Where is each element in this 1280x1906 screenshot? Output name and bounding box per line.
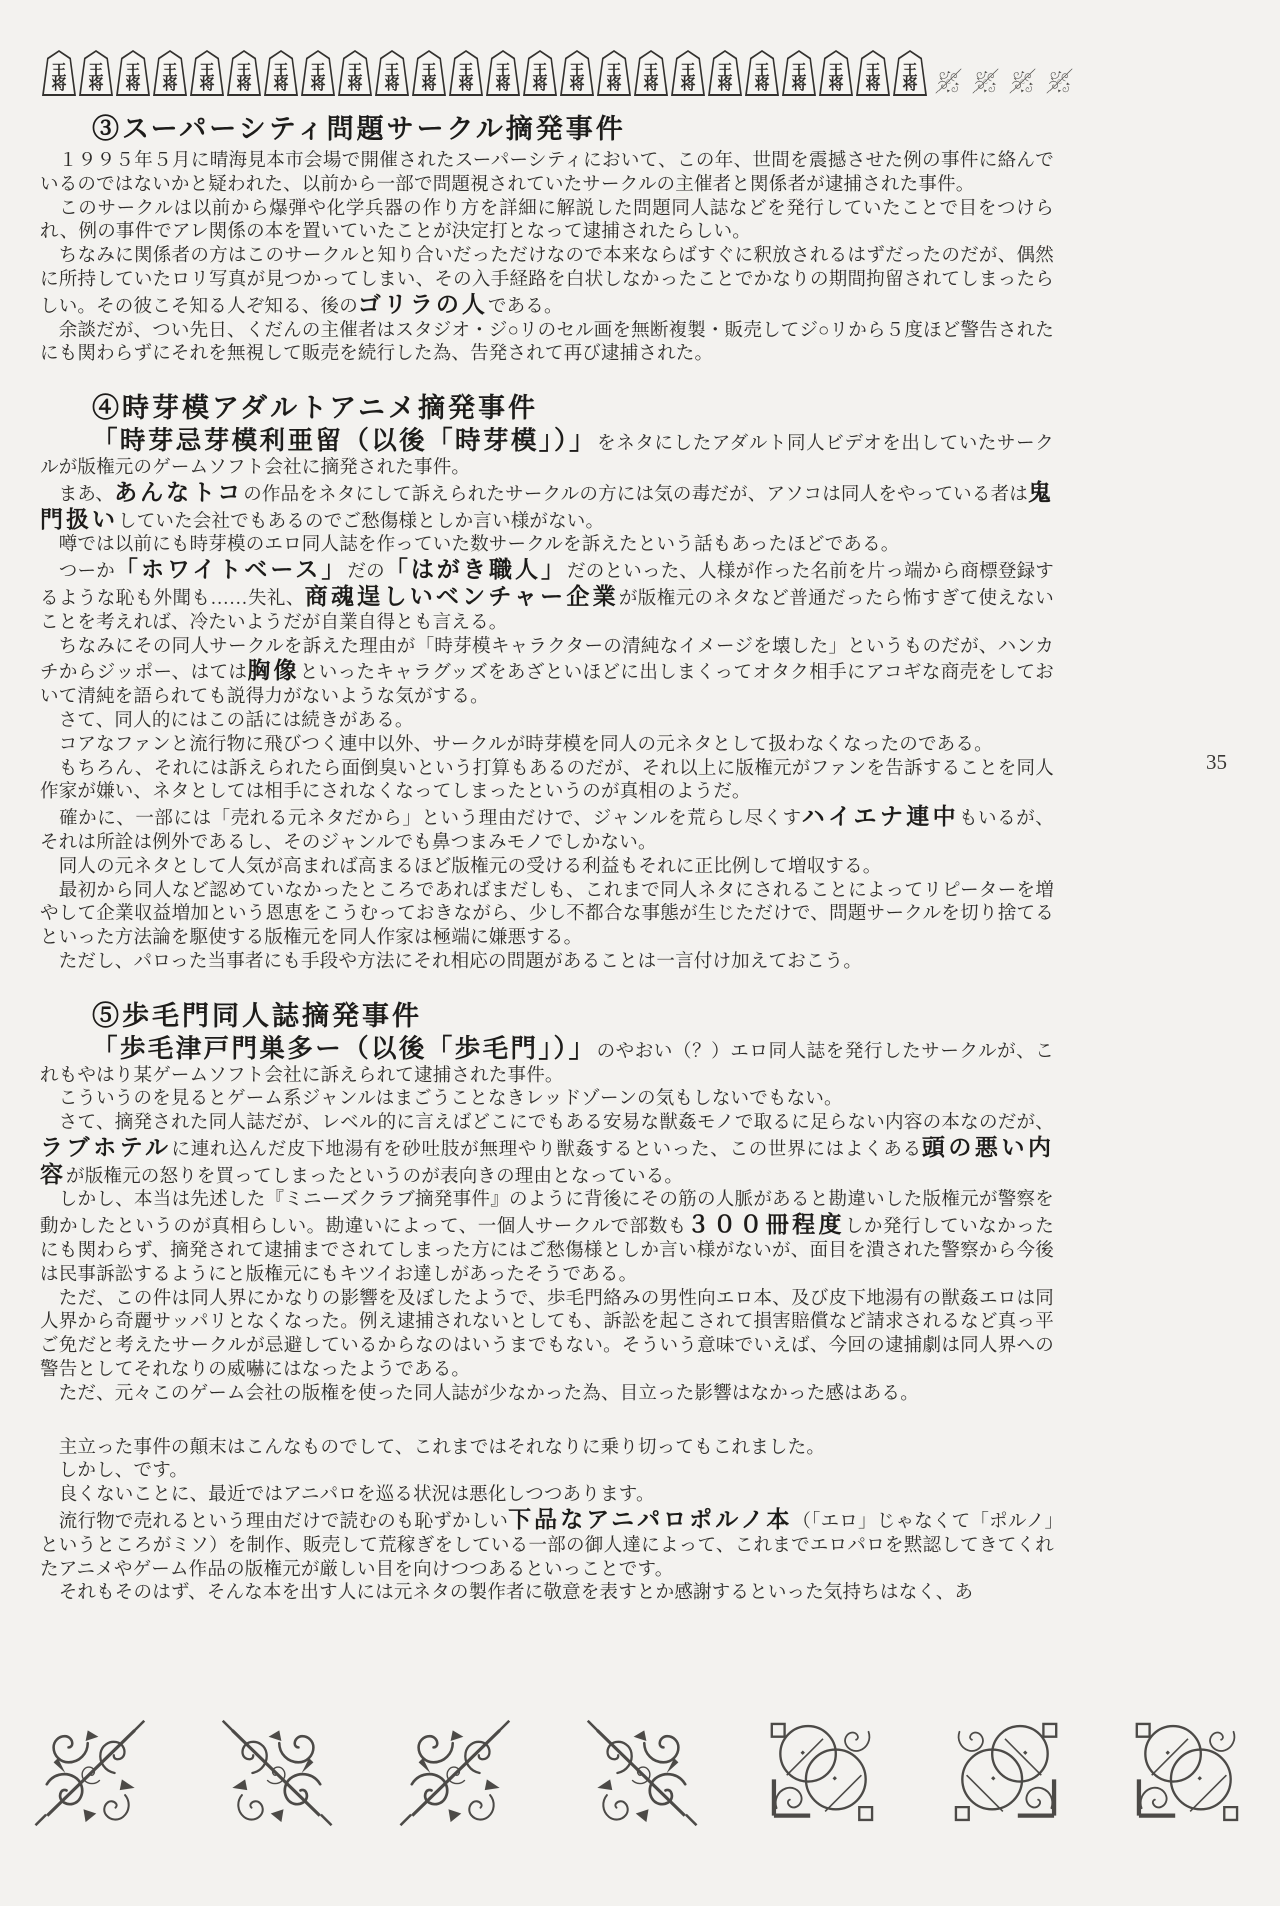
- shogi-piece-char-bottom: 将: [458, 78, 473, 92]
- shogi-piece-char-top: 王: [384, 64, 399, 78]
- paragraph: しかし、本当は先述した『ミニーズクラブ摘発事件』のように背後にその筋の人脈がある…: [40, 1189, 1054, 1287]
- shogi-piece-char-top: 王: [51, 64, 66, 78]
- shogi-king-piece-icon: 王将: [597, 50, 631, 96]
- shogi-piece-face: 王将: [377, 52, 407, 94]
- scanned-doujinshi-page: 王将王将王将王将王将王将王将王将王将王将王将王将王将王将王将王将王将王将王将王将…: [0, 0, 1280, 1906]
- shogi-piece-face: 王将: [710, 52, 740, 94]
- paragraph: しかし、です。: [40, 1460, 1054, 1484]
- floral-stamp-icon: [971, 66, 1001, 96]
- shogi-piece-char-bottom: 将: [606, 78, 621, 92]
- shogi-piece-face: 王将: [525, 52, 555, 94]
- shogi-king-piece-icon: 王将: [560, 50, 594, 96]
- shogi-king-piece-icon: 王将: [856, 50, 890, 96]
- shogi-king-piece-icon: 王将: [264, 50, 298, 96]
- shogi-king-piece-icon: 王将: [708, 50, 742, 96]
- shogi-piece-char-top: 王: [532, 64, 547, 78]
- shogi-piece-char-bottom: 将: [273, 78, 288, 92]
- shogi-piece-char-top: 王: [310, 64, 325, 78]
- shogi-king-piece-icon: 王将: [153, 50, 187, 96]
- shogi-piece-face: 王将: [821, 52, 851, 94]
- shogi-piece-face: 王将: [858, 52, 888, 94]
- shogi-piece-face: 王将: [895, 52, 925, 94]
- shogi-piece-face: 王将: [303, 52, 333, 94]
- shogi-piece-face: 王将: [414, 52, 444, 94]
- paragraph: さて、同人的にはこの話には続きがある。: [40, 710, 1054, 734]
- shogi-piece-char-top: 王: [569, 64, 584, 78]
- shogi-piece-char-top: 王: [347, 64, 362, 78]
- paragraph: 余談だが、つい先日、くだんの主催者はスタジオ・ジ○リのセル画を無断複製・販売して…: [40, 320, 1054, 368]
- shogi-king-piece-icon: 王将: [745, 50, 779, 96]
- shogi-king-piece-icon: 王将: [893, 50, 927, 96]
- shogi-piece-char-top: 王: [717, 64, 732, 78]
- shogi-piece-char-bottom: 将: [51, 78, 66, 92]
- emphasized-text: 「歩毛津戸門巣多ー（以後「歩毛門」）」: [92, 1034, 597, 1063]
- shogi-piece-char-bottom: 将: [347, 78, 362, 92]
- paragraph: 確かに、一部には「売れる元ネタだから」という理由だけで、ジャンルを荒らし尽くすハ…: [40, 805, 1054, 856]
- shogi-piece-char-bottom: 将: [162, 78, 177, 92]
- paragraph: 良くないことに、最近ではアニパロを巡る状況は悪化しつつあります。: [40, 1484, 1054, 1508]
- paragraph: 同人の元ネタとして人気が高まれば高まるほど版権元の受ける利益もそれに正比例して増…: [40, 856, 1054, 880]
- paragraph: 主立った事件の顛末はこんなものでして、これまではそれなりに乗り切ってもこれました…: [40, 1437, 1054, 1461]
- shogi-piece-face: 王将: [673, 52, 703, 94]
- shogi-piece-face: 王将: [488, 52, 518, 94]
- shogi-piece-char-top: 王: [162, 64, 177, 78]
- top-border: 王将王将王将王将王将王将王将王将王将王将王将王将王将王将王将王将王将王将王将王将…: [40, 50, 1054, 96]
- shogi-king-piece-icon: 王将: [449, 50, 483, 96]
- sections: ③スーパーシティ問題サークル摘発事件 １９９５年５月に晴海見本市会場で開催された…: [40, 112, 1054, 1407]
- floral-stamp-icon: [1045, 66, 1075, 96]
- floral-stamp-icon: [934, 66, 964, 96]
- shogi-piece-char-bottom: 将: [495, 78, 510, 92]
- paragraph: ただ、この件は同人界にかなりの影響を及ぼしたようで、歩毛門絡みの男性向エロ本、及…: [40, 1288, 1054, 1383]
- shogi-king-piece-icon: 王将: [819, 50, 853, 96]
- shogi-piece-char-bottom: 将: [236, 78, 251, 92]
- page-number: 35: [1206, 750, 1227, 775]
- shogi-piece-face: 王将: [599, 52, 629, 94]
- shogi-piece-char-bottom: 将: [125, 78, 140, 92]
- emphasized-text: 「はがき職人」: [385, 557, 567, 582]
- shogi-piece-char-bottom: 将: [384, 78, 399, 92]
- paragraph: ちなみにその同人サークルを訴えた理由が「時芽模キャラクターの清純なイメージを壊し…: [40, 636, 1054, 710]
- paragraph: 噂では以前にも時芽模のエロ同人誌を作っていた数サークルを訴えたという話もあったほ…: [40, 534, 1054, 558]
- shogi-piece-char-top: 王: [236, 64, 251, 78]
- shogi-piece-face: 王将: [784, 52, 814, 94]
- closing-paragraphs: 主立った事件の顛末はこんなものでして、これまではそれなりに乗り切ってもこれました…: [40, 1437, 1054, 1607]
- paragraph: ただ、元々このゲーム会社の版権を使った同人誌が少なかった為、目立った影響はなかっ…: [40, 1383, 1054, 1407]
- shogi-king-piece-icon: 王将: [116, 50, 150, 96]
- shogi-piece-char-top: 王: [273, 64, 288, 78]
- shogi-king-piece-icon: 王将: [782, 50, 816, 96]
- shogi-piece-char-bottom: 将: [902, 78, 917, 92]
- emphasized-text: 商魂逞しいベンチャー企業: [305, 584, 619, 609]
- paragraph: それもそのはず、そんな本を出す人には元ネタの製作者に敬意を表すとか感謝するといっ…: [40, 1582, 1054, 1606]
- shogi-piece-char-top: 王: [902, 64, 917, 78]
- emphasized-text: 「ホワイトベース」: [115, 557, 347, 582]
- paragraph: コアなファンと流行物に飛びつく連中以外、サークルが時芽模を同人の元ネタとして扱わ…: [40, 734, 1054, 758]
- shogi-piece-face: 王将: [266, 52, 296, 94]
- shogi-piece-char-top: 王: [643, 64, 658, 78]
- swirl-flourish-icon: [576, 1698, 704, 1848]
- shogi-piece-face: 王将: [229, 52, 259, 94]
- paragraph: このサークルは以前から爆弾や化学兵器の作り方を詳細に解説した問題同人誌などを発行…: [40, 198, 1054, 246]
- paragraph: １９９５年５月に晴海見本市会場で開催されたスーパーシティにおいて、この年、世間を…: [40, 150, 1054, 198]
- vine-flourish-icon: [759, 1698, 887, 1848]
- shogi-king-piece-icon: 王将: [79, 50, 113, 96]
- section-heading: ⑤歩毛門同人誌摘発事件: [40, 999, 1054, 1033]
- shogi-piece-char-top: 王: [199, 64, 214, 78]
- floral-stamp-icon: [1008, 66, 1038, 96]
- section-heading: ③スーパーシティ問題サークル摘発事件: [40, 112, 1054, 146]
- emphasized-text: ラブホテル: [40, 1135, 172, 1160]
- shogi-piece-face: 王将: [340, 52, 370, 94]
- shogi-piece-char-bottom: 将: [199, 78, 214, 92]
- shogi-king-piece-icon: 王将: [42, 50, 76, 96]
- section-lead-paragraph: 「時芽忌芽模利亜留（以後「時芽模」）」をネタにしたアダルト同人ビデオを出していた…: [40, 429, 1054, 481]
- shogi-king-piece-icon: 王将: [486, 50, 520, 96]
- shogi-piece-char-top: 王: [680, 64, 695, 78]
- paragraph: こういうのを見るとゲーム系ジャンルはまごうことなきレッドゾーンの気もしないでもな…: [40, 1088, 1054, 1112]
- shogi-piece-char-bottom: 将: [310, 78, 325, 92]
- shogi-king-piece-icon: 王将: [227, 50, 261, 96]
- shogi-piece-char-bottom: 将: [865, 78, 880, 92]
- shogi-piece-char-top: 王: [828, 64, 843, 78]
- shogi-piece-char-top: 王: [754, 64, 769, 78]
- swirl-flourish-icon: [28, 1698, 156, 1848]
- emphasized-text: あんなトコ: [114, 480, 243, 505]
- paragraph: もちろん、それには訴えられたら面倒臭いという打算もあるのだが、それ以上に版権元が…: [40, 758, 1054, 806]
- paragraph: 最初から同人など認めていなかったところであればまだしも、これまで同人ネタにされる…: [40, 880, 1054, 951]
- emphasized-text: 頭の悪い内容: [40, 1135, 1054, 1187]
- shogi-piece-face: 王将: [636, 52, 666, 94]
- paragraph: まあ、あんなトコの作品をネタにして訴えられたサークルの方には気の毒だが、アソコは…: [40, 481, 1054, 535]
- shogi-king-piece-icon: 王将: [338, 50, 372, 96]
- shogi-king-piece-icon: 王将: [375, 50, 409, 96]
- shogi-piece-char-top: 王: [791, 64, 806, 78]
- section-lead-paragraph: 「歩毛津戸門巣多ー（以後「歩毛門」）」のやおい（？）エロ同人誌を発行したサークル…: [40, 1037, 1054, 1089]
- shogi-piece-char-top: 王: [125, 64, 140, 78]
- emphasized-text: 胸像: [247, 658, 299, 683]
- shogi-king-piece-icon: 王将: [671, 50, 705, 96]
- shogi-piece-char-bottom: 将: [88, 78, 103, 92]
- paragraph: さて、摘発された同人誌だが、レベル的に言えばどこにでもある安易な獣姦モノで取るに…: [40, 1112, 1054, 1189]
- swirl-flourish-icon: [211, 1698, 339, 1848]
- shogi-piece-char-bottom: 将: [532, 78, 547, 92]
- shogi-piece-char-top: 王: [88, 64, 103, 78]
- emphasized-text: 下品なアニパロポルノ本: [508, 1507, 792, 1532]
- shogi-king-piece-icon: 王将: [301, 50, 335, 96]
- paragraph: つーか「ホワイトベース」だの「はがき職人」だのといった、人様が作った名前を片っ端…: [40, 558, 1054, 635]
- shogi-piece-face: 王将: [155, 52, 185, 94]
- shogi-king-piece-icon: 王将: [190, 50, 224, 96]
- section-heading: ④時芽模アダルトアニメ摘発事件: [40, 391, 1054, 425]
- shogi-piece-char-bottom: 将: [569, 78, 584, 92]
- emphasized-text: 「時芽忌芽模利亜留（以後「時芽模」）」: [92, 426, 597, 455]
- shogi-piece-face: 王将: [747, 52, 777, 94]
- shogi-piece-char-bottom: 将: [828, 78, 843, 92]
- shogi-piece-char-bottom: 将: [421, 78, 436, 92]
- shogi-piece-char-top: 王: [421, 64, 436, 78]
- vine-flourish-icon: [941, 1698, 1069, 1848]
- shogi-piece-face: 王将: [118, 52, 148, 94]
- shogi-piece-char-top: 王: [458, 64, 473, 78]
- paragraph: ただし、パロった当事者にも手段や方法にそれ相応の問題があることは一言付け加えてお…: [40, 951, 1054, 975]
- shogi-piece-face: 王将: [451, 52, 481, 94]
- shogi-king-piece-icon: 王将: [634, 50, 668, 96]
- shogi-piece-face: 王将: [562, 52, 592, 94]
- shogi-piece-face: 王将: [81, 52, 111, 94]
- shogi-piece-char-bottom: 将: [754, 78, 769, 92]
- shogi-king-piece-icon: 王将: [412, 50, 446, 96]
- shogi-piece-char-bottom: 将: [791, 78, 806, 92]
- emphasized-text: ３００冊程度: [687, 1212, 845, 1237]
- shogi-piece-char-bottom: 将: [680, 78, 695, 92]
- bottom-border: [28, 1698, 1252, 1848]
- swirl-flourish-icon: [393, 1698, 521, 1848]
- shogi-piece-char-bottom: 将: [717, 78, 732, 92]
- emphasized-text: ゴリラの人: [358, 292, 488, 317]
- shogi-piece-char-top: 王: [865, 64, 880, 78]
- shogi-piece-face: 王将: [192, 52, 222, 94]
- paragraph: ちなみに関係者の方はこのサークルと知り合いだっただけなので本来ならばすぐに釈放さ…: [40, 245, 1054, 319]
- vine-flourish-icon: [1124, 1698, 1252, 1848]
- shogi-piece-char-top: 王: [606, 64, 621, 78]
- page-content: 王将王将王将王将王将王将王将王将王将王将王将王将王将王将王将王将王将王将王将王将…: [40, 0, 1054, 1606]
- emphasized-text: ハイエナ連中: [802, 804, 959, 829]
- paragraph: 流行物で売れるという理由だけで読むのも恥ずかしい下品なアニパロポルノ本（「エロ」…: [40, 1508, 1054, 1582]
- shogi-piece-char-top: 王: [495, 64, 510, 78]
- shogi-piece-face: 王将: [44, 52, 74, 94]
- shogi-king-piece-icon: 王将: [523, 50, 557, 96]
- shogi-piece-char-bottom: 将: [643, 78, 658, 92]
